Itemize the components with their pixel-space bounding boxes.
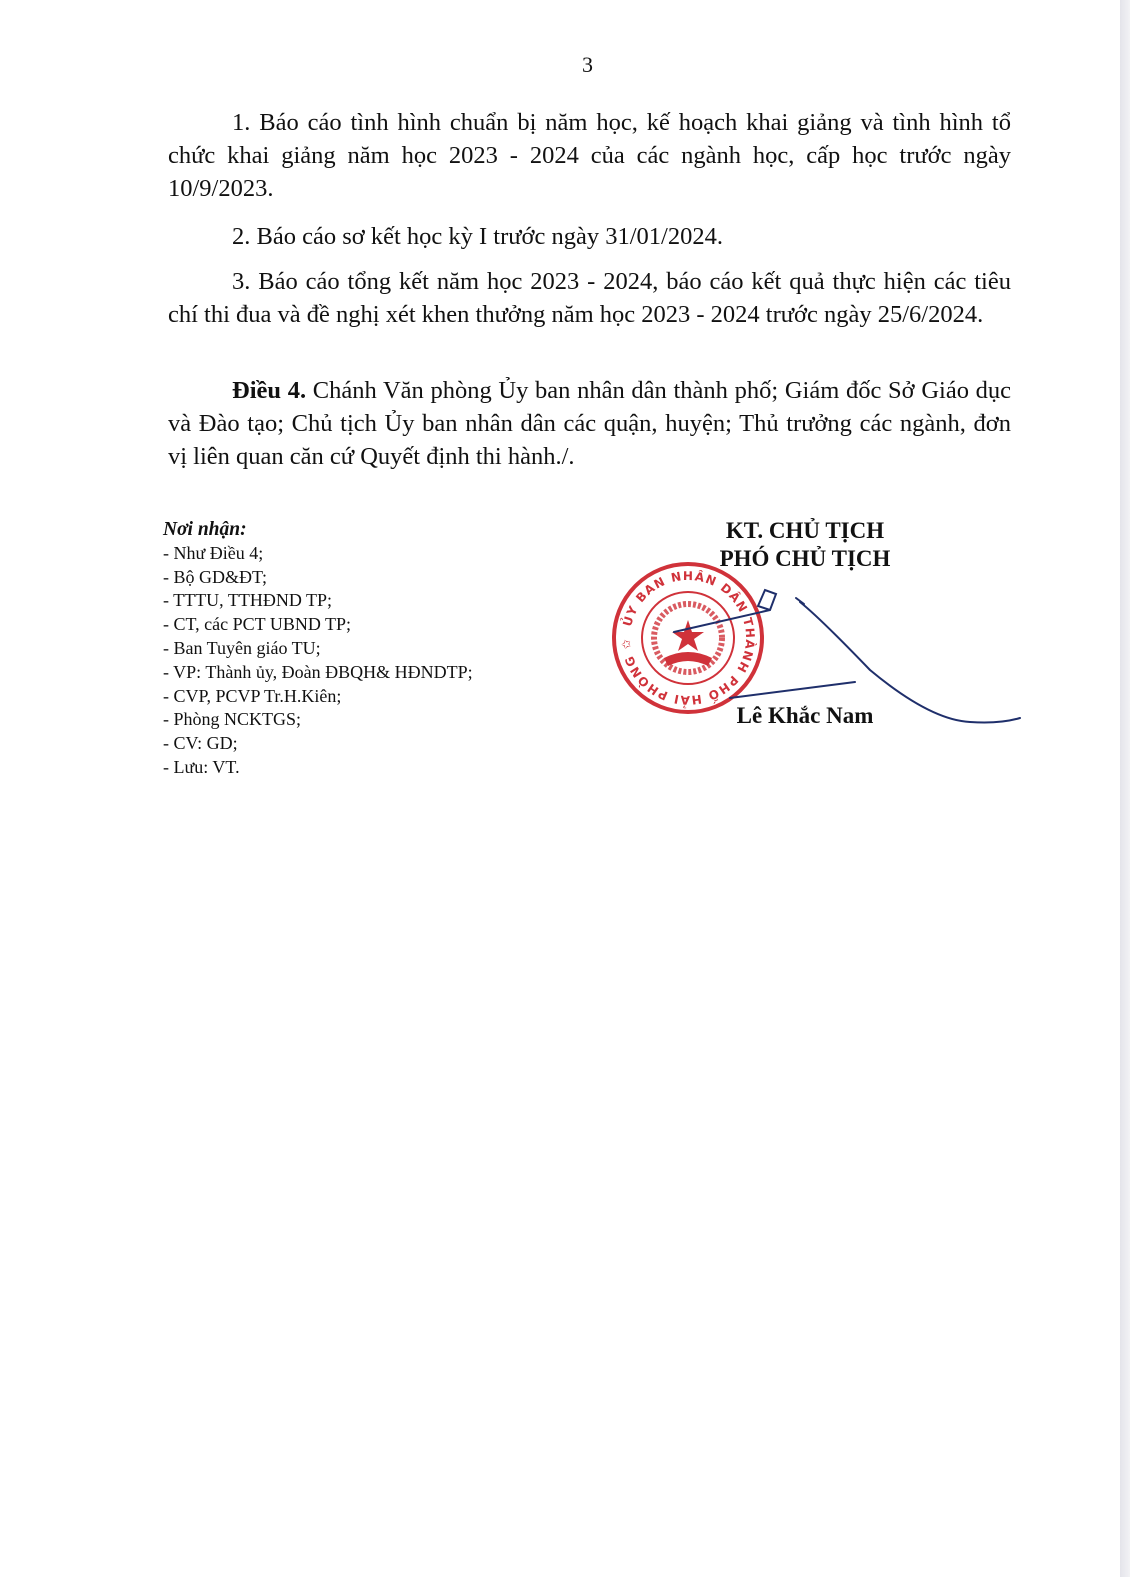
recipients-heading: Nơi nhận: — [163, 518, 473, 542]
recipient-item: - Bộ GD&ĐT; — [163, 566, 473, 590]
recipient-item: - VP: Thành ủy, Đoàn ĐBQH& HĐNDTP; — [163, 661, 473, 685]
signing-title-2: PHÓ CHỦ TỊCH — [700, 545, 910, 573]
recipient-item: - CV: GD; — [163, 732, 473, 756]
signing-authority: KT. CHỦ TỊCH PHÓ CHỦ TỊCH — [700, 517, 910, 573]
recipient-item: - TTTU, TTHĐND TP; — [163, 589, 473, 613]
recipients-list: Nơi nhận: - Như Điều 4; - Bộ GD&ĐT; - TT… — [163, 518, 473, 780]
page-edge — [1120, 0, 1130, 1577]
recipient-item: - CT, các PCT UBND TP; — [163, 613, 473, 637]
paragraph-report-3: 3. Báo cáo tổng kết năm học 2023 - 2024,… — [168, 265, 1011, 331]
recipient-item: - Ban Tuyên giáo TU; — [163, 637, 473, 661]
paragraph-report-1: 1. Báo cáo tình hình chuẩn bị năm học, k… — [168, 106, 1011, 205]
article-4-label: Điều 4. — [232, 377, 306, 404]
article-4: Điều 4. Chánh Văn phòng Ủy ban nhân dân … — [168, 374, 1011, 473]
page-number: 3 — [0, 52, 1130, 78]
recipient-item: - CVP, PCVP Tr.H.Kiên; — [163, 685, 473, 709]
paragraph-report-2: 2. Báo cáo sơ kết học kỳ I trước ngày 31… — [168, 220, 1011, 253]
recipient-item: - Phòng NCKTGS; — [163, 708, 473, 732]
signing-title-1: KT. CHỦ TỊCH — [700, 517, 910, 545]
signer-name: Lê Khắc Nam — [700, 703, 910, 729]
recipient-item: - Lưu: VT. — [163, 756, 473, 780]
recipient-item: - Như Điều 4; — [163, 542, 473, 566]
document-page: 3 1. Báo cáo tình hình chuẩn bị năm học,… — [0, 0, 1120, 1577]
